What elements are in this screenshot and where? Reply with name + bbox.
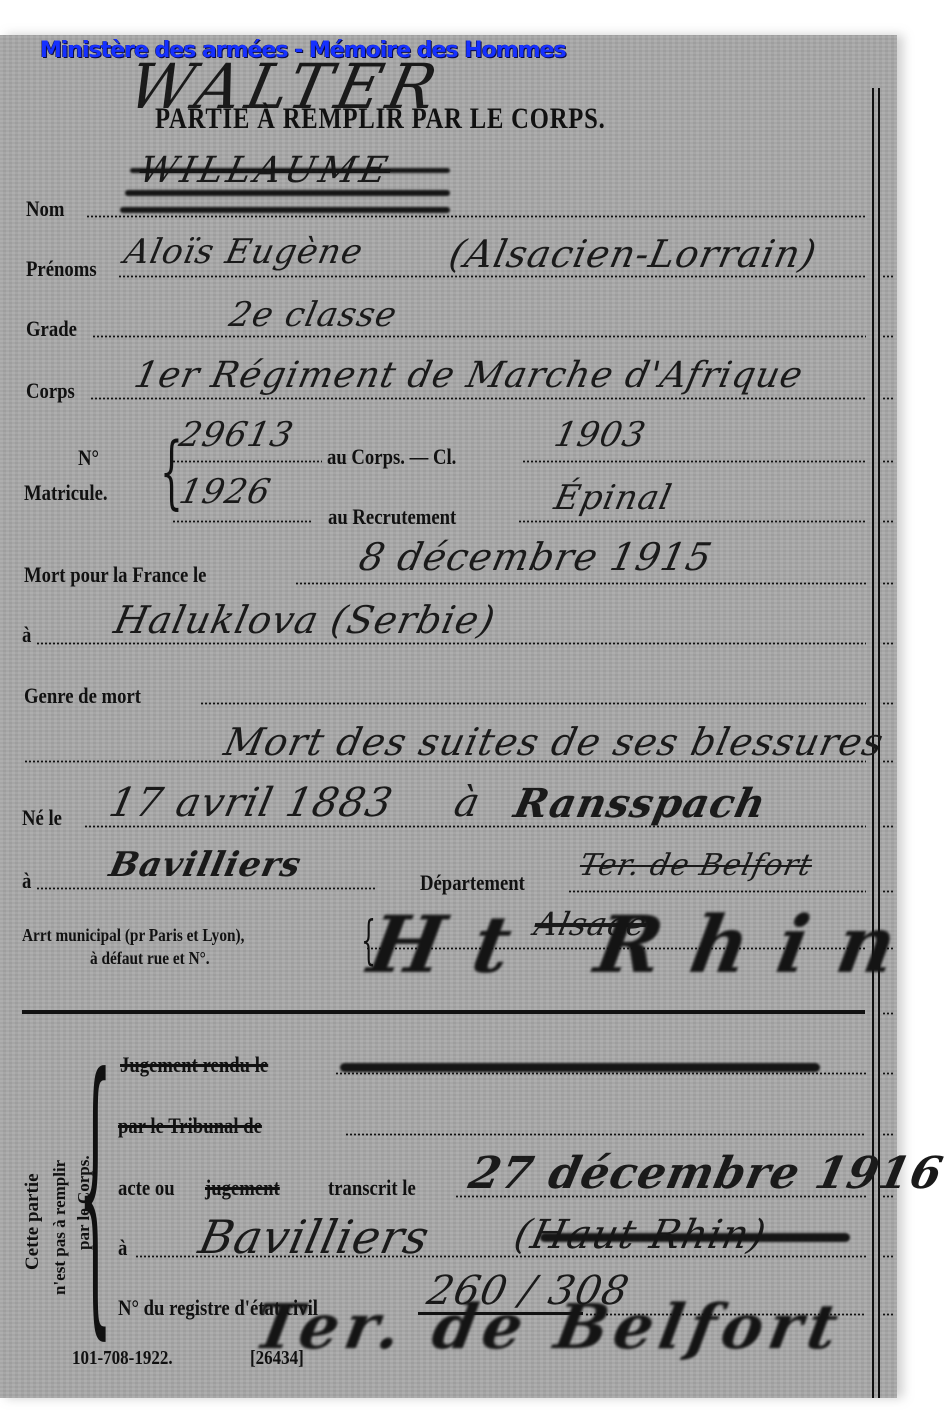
margin-tick bbox=[882, 1255, 894, 1258]
mort-date: 8 décembre 1915 bbox=[355, 535, 716, 579]
nom-line bbox=[86, 215, 866, 218]
margin-tick bbox=[882, 520, 894, 523]
matricule-corps-line bbox=[172, 460, 322, 463]
margin-tick bbox=[882, 1133, 894, 1136]
jugement-strike bbox=[340, 1063, 820, 1072]
acte-label-struck: jugement bbox=[205, 1175, 280, 1201]
margin-tick bbox=[882, 1012, 894, 1015]
acte-date: 27 décembre 1916 bbox=[465, 1148, 944, 1199]
prenoms-note: (Alsacien-Lorrain) bbox=[445, 232, 821, 276]
jugement-line bbox=[335, 1072, 866, 1075]
margin-tick bbox=[882, 582, 894, 585]
watermark: Ministère des armées - Mémoire des Homme… bbox=[40, 38, 566, 63]
lieu-deces-line bbox=[36, 642, 866, 645]
lieu-naissance-label: à bbox=[22, 868, 31, 894]
acte-label-pre: acte ou bbox=[118, 1175, 175, 1201]
margin-tick bbox=[882, 1313, 894, 1316]
margin-tick bbox=[882, 890, 894, 893]
arrondissement-label-2: à défaut rue et N°. bbox=[90, 948, 210, 969]
margin-tick bbox=[882, 760, 894, 763]
form-title: PARTIE À REMPLIR PAR LE CORPS. bbox=[155, 102, 606, 136]
genre-label: Genre de mort bbox=[24, 683, 141, 709]
nom-strike bbox=[120, 207, 450, 213]
side-note-line-2: n'est pas à remplir bbox=[50, 1160, 70, 1295]
departement-value: Ter. de Belfort bbox=[576, 848, 815, 883]
arrondissement-value: Ht Rhin bbox=[362, 900, 933, 991]
matricule-label: Matricule. bbox=[24, 480, 108, 506]
section-divider bbox=[22, 1010, 865, 1014]
recrutement-value: Épinal bbox=[551, 478, 676, 518]
departement-label: Département bbox=[420, 870, 525, 896]
recrutement-line bbox=[518, 520, 866, 523]
departement-line bbox=[568, 890, 866, 893]
acte-line bbox=[455, 1195, 866, 1198]
margin-tick bbox=[882, 642, 894, 645]
nom-strike bbox=[125, 190, 450, 196]
margin-tick bbox=[882, 947, 894, 950]
prenoms-label: Prénoms bbox=[26, 256, 97, 282]
transcription-annotation: Ter. de Belfort bbox=[249, 1290, 850, 1363]
arrondissement-label-1: Arrt municipal (pr Paris et Lyon), bbox=[22, 925, 244, 946]
lieu-transcription-line bbox=[135, 1255, 866, 1258]
grade-label: Grade bbox=[26, 316, 77, 342]
prenoms-line bbox=[118, 275, 866, 278]
margin-tick bbox=[882, 335, 894, 338]
prenoms-value: Aloïs Eugène bbox=[121, 232, 367, 272]
margin-tick bbox=[882, 825, 894, 828]
side-note-line-1: Cette partie bbox=[22, 1173, 44, 1270]
margin-tick bbox=[882, 460, 894, 463]
lieu-naissance-value: Bavilliers bbox=[106, 845, 305, 885]
transcription-brace: { bbox=[78, 1040, 112, 1340]
mort-label: Mort pour la France le bbox=[24, 562, 206, 588]
margin-tick bbox=[882, 702, 894, 705]
naissance-date: 17 avril 1883 bbox=[105, 780, 397, 826]
lieu-naissance-line bbox=[36, 887, 376, 890]
corps-value: 1er Régiment de Marche d'Afrique bbox=[131, 355, 807, 396]
matricule-corps-number: 29613 bbox=[176, 415, 298, 455]
naissance-line bbox=[84, 825, 866, 828]
classe-value: 1903 bbox=[551, 415, 650, 455]
genre-line-1 bbox=[200, 702, 866, 705]
print-number: [26434] bbox=[250, 1347, 304, 1370]
matricule-corps-label: au Corps. — Cl. bbox=[327, 444, 456, 470]
lieu-transcription-strike bbox=[540, 1233, 850, 1242]
matricule-recrutement-line bbox=[172, 520, 312, 523]
corps-line bbox=[90, 397, 866, 400]
recrutement-label: au Recrutement bbox=[328, 504, 456, 530]
matricule-label-no: N° bbox=[78, 445, 99, 471]
genre-line-2 bbox=[24, 760, 866, 763]
margin-tick bbox=[882, 1195, 894, 1198]
margin-tick bbox=[882, 1072, 894, 1075]
margin-tick bbox=[882, 397, 894, 400]
naissance-label: Né le bbox=[22, 805, 62, 831]
naissance-place: Ransspach bbox=[510, 780, 771, 827]
mort-line bbox=[295, 582, 866, 585]
lieu-deces-label: à bbox=[22, 622, 31, 648]
lieu-transcription-label: à bbox=[118, 1235, 127, 1261]
classe-line bbox=[522, 460, 866, 463]
lieu-deces-value: Haluklova (Serbie) bbox=[110, 598, 499, 642]
form-code: 101-708-1922. bbox=[72, 1347, 173, 1370]
matricule-recrutement-number: 1926 bbox=[176, 472, 275, 512]
grade-line bbox=[92, 335, 866, 338]
nom-label: Nom bbox=[26, 196, 64, 222]
tribunal-line bbox=[345, 1133, 866, 1136]
jugement-label: Jugement rendu le bbox=[120, 1052, 268, 1078]
margin-tick bbox=[882, 275, 894, 278]
nom-strike bbox=[130, 168, 450, 173]
corps-label: Corps bbox=[26, 378, 75, 404]
acte-label-post: transcrit le bbox=[328, 1175, 416, 1201]
tribunal-label: par le Tribunal de bbox=[118, 1113, 262, 1139]
grade-value: 2e classe bbox=[226, 295, 401, 335]
genre-value: Mort des suites de ses blessures bbox=[220, 720, 888, 764]
